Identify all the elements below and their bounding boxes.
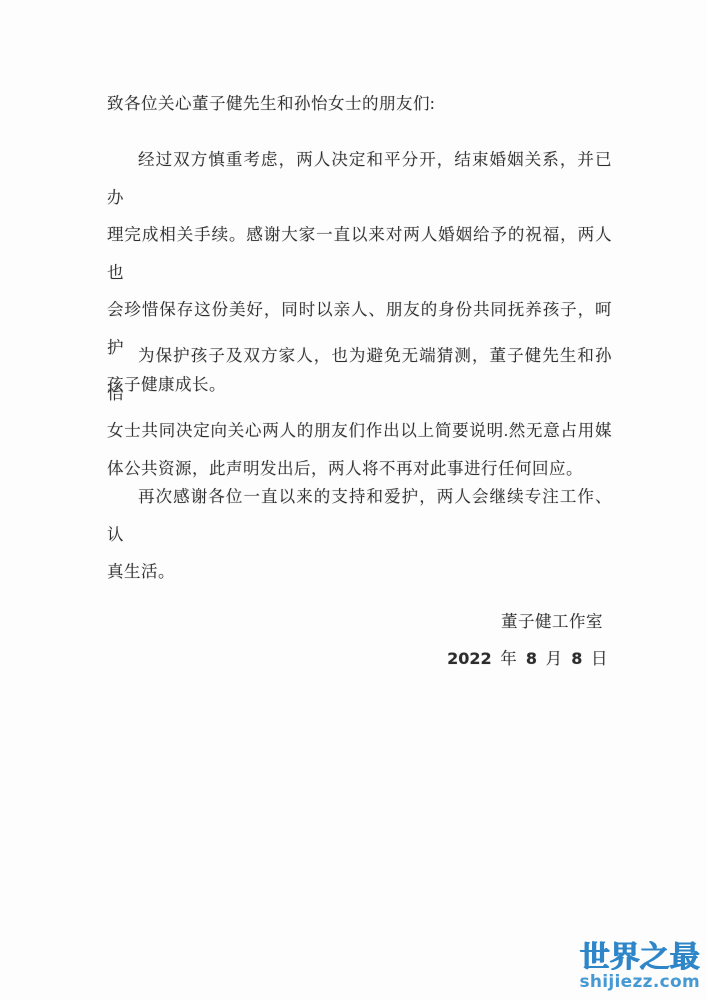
- site-watermark: 世界之最 shijiezz.com: [579, 943, 700, 991]
- date-year-unit: 年: [500, 649, 517, 668]
- watermark-url-text: shijiezz.com: [579, 974, 700, 991]
- date-month: 8: [526, 649, 537, 668]
- scanned-statement-page: 致各位关心董子健先生和孙怡女士的朋友们: 经过双方慎重考虑，两人决定和平分开，结…: [0, 0, 707, 1000]
- signature: 董子健工作室: [107, 603, 612, 641]
- date-line: 2022 年 8 月 8 日: [107, 640, 612, 678]
- paragraph-line: 真生活。: [107, 553, 612, 591]
- signature-text: 董子健工作室: [501, 612, 603, 631]
- watermark-logo-text: 世界之最: [579, 943, 700, 973]
- date-year: 2022: [447, 649, 492, 668]
- date-day-unit: 日: [591, 649, 608, 668]
- paragraph-2: 为保护孩子及双方家人，也为避免无端猜测，董子健先生和孙怡 女士共同决定向关心两人…: [107, 337, 612, 487]
- paragraph-line: 理完成相关手续。感谢大家一直以来对两人婚姻给予的祝福，两人也: [107, 216, 612, 291]
- date-day: 8: [571, 649, 582, 668]
- paragraph-3: 再次感谢各位一直以来的支持和爱护，两人会继续专注工作、认 真生活。: [107, 478, 612, 591]
- paragraph-line: 经过双方慎重考虑，两人决定和平分开，结束婚姻关系，并已办: [107, 141, 612, 216]
- paragraph-line: 再次感谢各位一直以来的支持和爱护，两人会继续专注工作、认: [107, 478, 612, 553]
- salutation-line: 致各位关心董子健先生和孙怡女士的朋友们:: [107, 85, 612, 123]
- paragraph-line: 为保护孩子及双方家人，也为避免无端猜测，董子健先生和孙怡: [107, 337, 612, 412]
- date-month-unit: 月: [546, 649, 563, 668]
- paragraph-line: 女士共同决定向关心两人的朋友们作出以上简要说明.然无意占用媒: [107, 412, 612, 450]
